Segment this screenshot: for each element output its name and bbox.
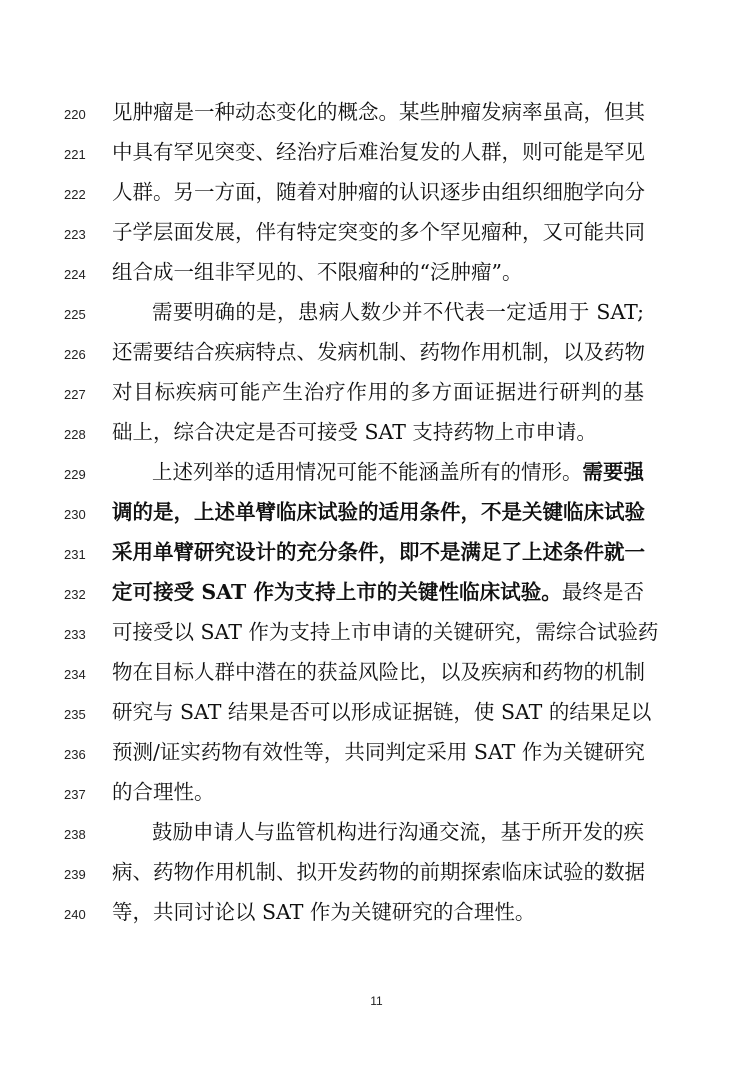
text-line: 240 等，共同讨论以 SAT 作为关键研究的合理性。 (0, 895, 753, 935)
line-text: 础上，综合决定是否可接受 SAT 支持药物上市申请。 (112, 417, 644, 447)
line-text: 采用单臂研究设计的充分条件，即不是满足了上述条件就一 (112, 537, 644, 567)
text-line: 222 人群。另一方面，随着对肿瘤的认识逐步由组织细胞学向分 (0, 175, 753, 215)
line-number: 229 (64, 467, 86, 482)
line-number: 238 (64, 827, 86, 842)
text-line: 231 采用单臂研究设计的充分条件，即不是满足了上述条件就一 (0, 535, 753, 575)
line-number: 224 (64, 267, 86, 282)
line-text: 病、药物作用机制、拟开发药物的前期探索临床试验的数据 (112, 857, 644, 887)
line-text: 组合成一组非罕见的、不限瘤种的“泛肿瘤”。 (112, 257, 644, 287)
text-line: 235 研究与 SAT 结果是否可以形成证据链，使 SAT 的结果足以 (0, 695, 753, 735)
line-text: 对目标疾病可能产生治疗作用的多方面证据进行研判的基 (112, 377, 644, 407)
line-number: 232 (64, 587, 86, 602)
text-line: 225 需要明确的是，患病人数少并不代表一定适用于 SAT; (0, 295, 753, 335)
text-line: 236 预测/证实药物有效性等，共同判定采用 SAT 作为关键研究 (0, 735, 753, 775)
line-number: 226 (64, 347, 86, 362)
line-number: 239 (64, 867, 86, 882)
line-text: 中具有罕见突变、经治疗后难治复发的人群，则可能是罕见 (112, 137, 644, 167)
line-number: 236 (64, 747, 86, 762)
text-line: 238 鼓励申请人与监管机构进行沟通交流，基于所开发的疾 (0, 815, 753, 855)
line-number: 233 (64, 627, 86, 642)
text-line: 220 见肿瘤是一种动态变化的概念。某些肿瘤发病率虽高，但其 (0, 95, 753, 135)
line-number: 220 (64, 107, 86, 122)
line-text: 子学层面发展，伴有特定突变的多个罕见瘤种，又可能共同 (112, 217, 644, 247)
line-text: 等，共同讨论以 SAT 作为关键研究的合理性。 (112, 897, 644, 927)
line-text: 调的是，上述单臂临床试验的适用条件，不是关键临床试验 (112, 497, 644, 527)
line-text: 可接受以 SAT 作为支持上市申请的关键研究，需综合试验药 (112, 617, 644, 647)
text-line: 239 病、药物作用机制、拟开发药物的前期探索临床试验的数据 (0, 855, 753, 895)
line-number: 240 (64, 907, 86, 922)
emphasis-text: 调的是，上述单臂临床试验的适用条件，不是关键临床试验 (112, 500, 645, 524)
emphasis-text: 采用单臂研究设计的充分条件，即不是满足了上述条件就一 (112, 540, 645, 564)
text-line: 232 定可接受 SAT 作为支持上市的关键性临床试验。最终是否 (0, 575, 753, 615)
line-number: 234 (64, 667, 86, 682)
line-text: 见肿瘤是一种动态变化的概念。某些肿瘤发病率虽高，但其 (112, 97, 644, 127)
text-line: 234 物在目标人群中潜在的获益风险比，以及疾病和药物的机制 (0, 655, 753, 695)
text-line: 223 子学层面发展，伴有特定突变的多个罕见瘤种，又可能共同 (0, 215, 753, 255)
line-number: 222 (64, 187, 86, 202)
emphasis-text: 需要强 (583, 460, 645, 484)
line-number: 237 (64, 787, 86, 802)
line-text: 预测/证实药物有效性等，共同判定采用 SAT 作为关键研究 (112, 737, 644, 767)
line-number: 235 (64, 707, 86, 722)
text-line: 224 组合成一组非罕见的、不限瘤种的“泛肿瘤”。 (0, 255, 753, 295)
line-number: 231 (64, 547, 86, 562)
line-number: 221 (64, 147, 86, 162)
line-number: 225 (64, 307, 86, 322)
text-line: 226 还需要结合疾病特点、发病机制、药物作用机制，以及药物 (0, 335, 753, 375)
line-text: 还需要结合疾病特点、发病机制、药物作用机制，以及药物 (112, 337, 644, 367)
text-line: 221 中具有罕见突变、经治疗后难治复发的人群，则可能是罕见 (0, 135, 753, 175)
text-line: 237 的合理性。 (0, 775, 753, 815)
line-number: 228 (64, 427, 86, 442)
line-text: 的合理性。 (112, 777, 644, 807)
text-line: 229 上述列举的适用情况可能不能涵盖所有的情形。需要强 (0, 455, 753, 495)
page-number: 11 (0, 994, 753, 1008)
line-number: 223 (64, 227, 86, 242)
line-text: 上述列举的适用情况可能不能涵盖所有的情形。需要强 (152, 457, 644, 487)
line-text: 物在目标人群中潜在的获益风险比，以及疾病和药物的机制 (112, 657, 644, 687)
line-text: 研究与 SAT 结果是否可以形成证据链，使 SAT 的结果足以 (112, 697, 644, 727)
line-text: 人群。另一方面，随着对肿瘤的认识逐步由组织细胞学向分 (112, 177, 644, 207)
line-number: 230 (64, 507, 86, 522)
emphasis-text: 定可接受 SAT 作为支持上市的关键性临床试验。 (112, 580, 562, 604)
text-line: 230 调的是，上述单臂临床试验的适用条件，不是关键临床试验 (0, 495, 753, 535)
line-text: 鼓励申请人与监管机构进行沟通交流，基于所开发的疾 (152, 817, 644, 847)
text-line: 233 可接受以 SAT 作为支持上市申请的关键研究，需综合试验药 (0, 615, 753, 655)
text-line: 228 础上，综合决定是否可接受 SAT 支持药物上市申请。 (0, 415, 753, 455)
document-page: 220 见肿瘤是一种动态变化的概念。某些肿瘤发病率虽高，但其 221 中具有罕见… (0, 0, 753, 1069)
text-line: 227 对目标疾病可能产生治疗作用的多方面证据进行研判的基 (0, 375, 753, 415)
line-number: 227 (64, 387, 86, 402)
line-text: 需要明确的是，患病人数少并不代表一定适用于 SAT; (152, 297, 644, 327)
line-text: 定可接受 SAT 作为支持上市的关键性临床试验。最终是否 (112, 577, 644, 607)
